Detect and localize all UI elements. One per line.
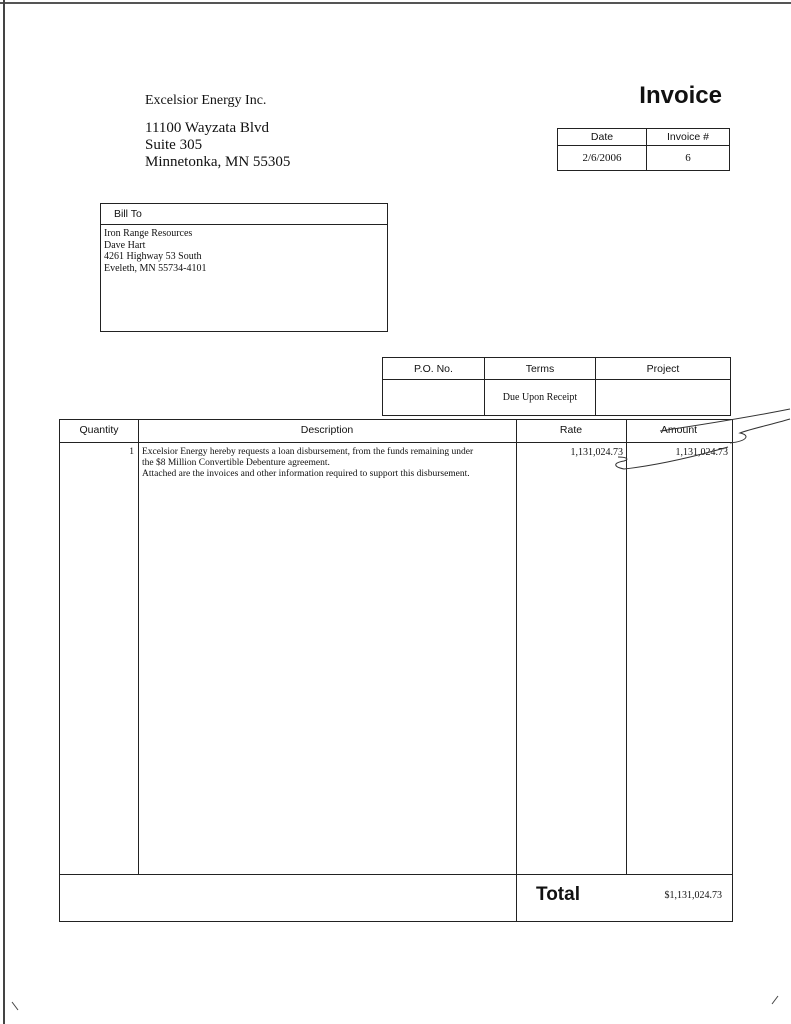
terms-value: Due Upon Receipt — [485, 380, 596, 416]
invoice-title: Invoice — [639, 82, 722, 110]
column-divider — [626, 420, 627, 874]
company-name: Excelsior Energy Inc. — [145, 93, 266, 109]
total-label: Total — [536, 884, 580, 906]
total-value: $1,131,024.73 — [665, 890, 723, 901]
header-rate: Rate — [516, 424, 626, 436]
scan-edge-top — [0, 2, 791, 4]
company-address: 11100 Wayzata Blvd Suite 305 Minnetonka,… — [145, 120, 290, 171]
project-value — [596, 380, 731, 416]
invoice-meta-table: Date Invoice # 2/6/2006 6 — [557, 128, 730, 171]
table-header-row: Quantity Description Rate Amount — [60, 420, 732, 443]
company-address-line1: 11100 Wayzata Blvd — [145, 120, 290, 137]
header-quantity: Quantity — [60, 424, 138, 436]
row-rate: 1,131,024.73 — [516, 447, 623, 458]
bill-to-line: 4261 Highway 53 South — [104, 251, 387, 263]
row-description-line: Attached are the invoices and other info… — [142, 469, 514, 480]
row-quantity: 1 — [60, 447, 134, 458]
column-divider — [516, 420, 517, 921]
total-row: Total $1,131,024.73 — [60, 874, 732, 922]
row-description: Excelsior Energy hereby requests a loan … — [142, 447, 514, 480]
row-description-line: the $8 Million Convertible Debenture agr… — [142, 458, 514, 469]
invoice-date: 2/6/2006 — [558, 146, 647, 171]
po-number-value — [383, 380, 485, 416]
header-description: Description — [138, 424, 516, 436]
bill-to-box: Bill To Iron Range Resources Dave Hart 4… — [100, 203, 388, 332]
date-label: Date — [558, 129, 647, 146]
scan-edge-left — [3, 0, 5, 1024]
bill-to-label: Bill To — [101, 204, 387, 225]
line-items-table: Quantity Description Rate Amount 1 Excel… — [59, 419, 733, 922]
row-description-line: Excelsior Energy hereby requests a loan … — [142, 447, 514, 458]
project-label: Project — [596, 358, 731, 380]
bill-to-line: Eveleth, MN 55734-4101 — [104, 263, 387, 275]
invoice-number: 6 — [647, 146, 730, 171]
company-address-line3: Minnetonka, MN 55305 — [145, 154, 290, 171]
column-divider — [138, 420, 139, 874]
bill-to-address: Iron Range Resources Dave Hart 4261 High… — [101, 225, 387, 274]
row-amount: 1,131,024.73 — [626, 447, 728, 458]
invoice-number-label: Invoice # — [647, 129, 730, 146]
po-number-label: P.O. No. — [383, 358, 485, 380]
company-address-line2: Suite 305 — [145, 137, 290, 154]
scan-artifacts — [0, 990, 791, 1024]
bill-to-line: Iron Range Resources — [104, 228, 387, 240]
order-info-table: P.O. No. Terms Project Due Upon Receipt — [382, 357, 731, 416]
bill-to-line: Dave Hart — [104, 240, 387, 252]
terms-label: Terms — [485, 358, 596, 380]
header-amount: Amount — [626, 424, 732, 436]
